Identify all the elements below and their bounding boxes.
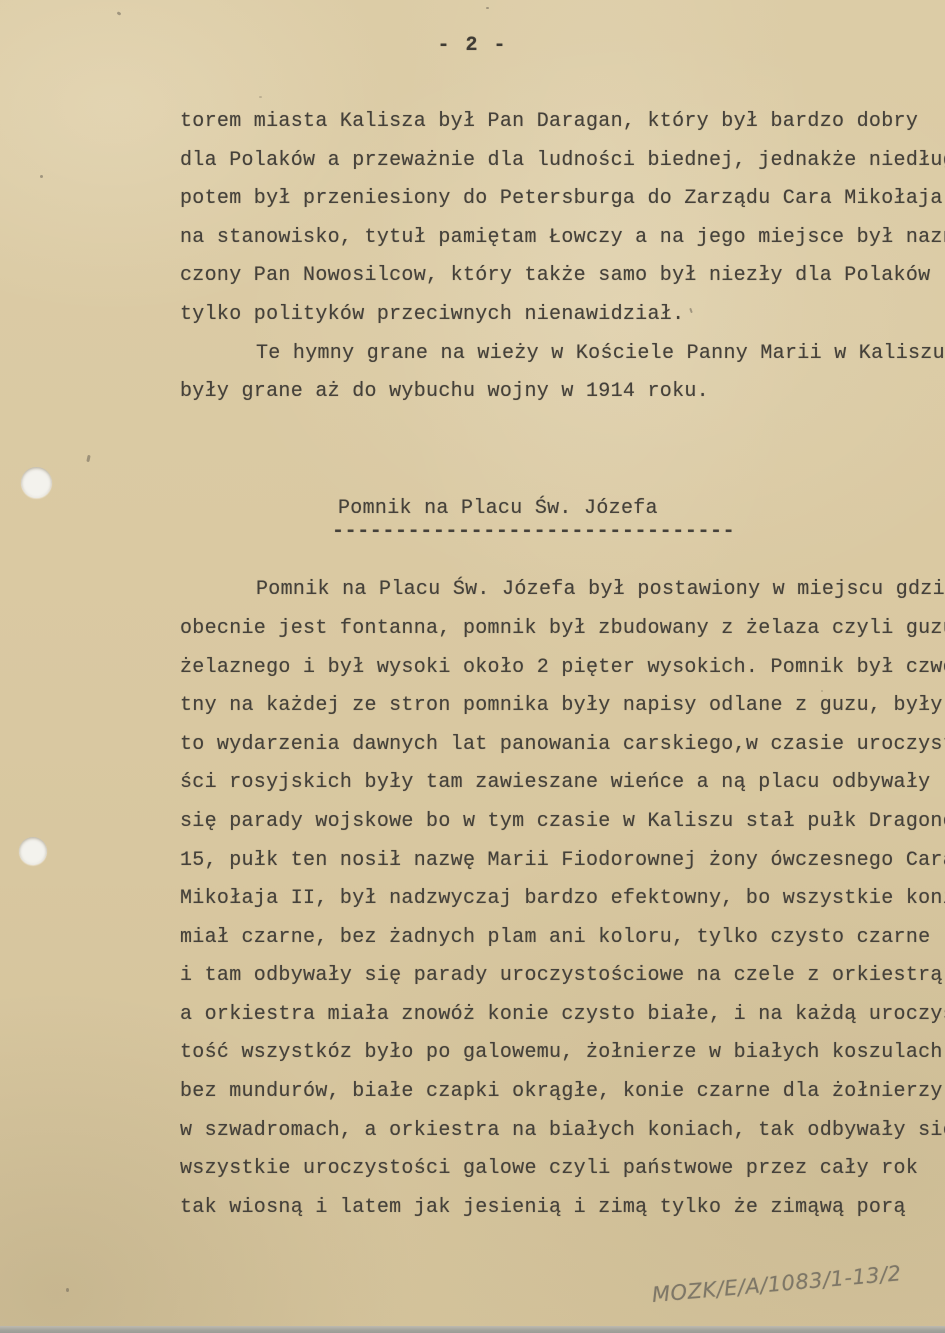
pencil-mark xyxy=(86,455,90,462)
heading-underline: -------------------------------- xyxy=(332,522,945,542)
text-line: Pomnik na Placu Św. Józefa był postawion… xyxy=(180,571,945,610)
text-line: na stanowisko, tytuł pamiętam Łowczy a n… xyxy=(180,219,945,258)
text-line: w szwadromach, a orkiestra na białych ko… xyxy=(180,1112,945,1151)
text-line: miał czarne, bez żadnych plam ani koloru… xyxy=(180,919,945,958)
text-line: ści rosyjskich były tam zawieszane wieńc… xyxy=(180,764,945,803)
text-line: torem miasta Kalisza był Pan Daragan, kt… xyxy=(180,103,945,142)
text-line: dla Polaków a przeważnie dla ludności bi… xyxy=(180,142,945,181)
text-line: i tam odbywały się parady uroczystościow… xyxy=(180,957,945,996)
paper-speck xyxy=(40,175,43,178)
text-line: obecnie jest fontanna, pomnik był zbudow… xyxy=(180,610,945,649)
paragraph: Pomnik na Placu Św. Józefa był postawion… xyxy=(180,571,945,1227)
text-line: to wydarzenia dawnych lat panowania cars… xyxy=(180,726,945,765)
scanned-document-page: - 2 - torem miasta Kalisza był Pan Darag… xyxy=(0,0,945,1333)
page-number: - 2 - xyxy=(0,34,945,57)
text-line: tość wszystkóz było po galowemu, żołnier… xyxy=(180,1034,945,1073)
text-line: tny na każdej ze stron pomnika były napi… xyxy=(180,687,945,726)
text-line: żelaznego i był wysoki około 2 pięter wy… xyxy=(180,649,945,688)
paragraph: Te hymny grane na wieży w Kościele Panny… xyxy=(180,335,945,412)
text-line: tak wiosną i latem jak jesienią i zimą t… xyxy=(180,1189,945,1228)
paper-speck xyxy=(66,1288,69,1292)
paper-speck xyxy=(117,11,122,16)
text-line: tylko polityków przeciwnych nienawidział… xyxy=(180,296,945,335)
text-line: potem był przeniesiony do Petersburga do… xyxy=(180,180,945,219)
text-line: były grane aż do wybuchu wojny w 1914 ro… xyxy=(180,373,945,412)
text-line: Mikołaja II, był nadzwyczaj bardzo efekt… xyxy=(180,880,945,919)
hole-punch-bottom xyxy=(19,837,47,865)
hole-punch-top xyxy=(21,467,52,498)
paper-speck xyxy=(486,7,489,9)
typed-text-body: torem miasta Kalisza był Pan Daragan, kt… xyxy=(180,103,945,1263)
section-heading: Pomnik na Placu Św. Józefa--------------… xyxy=(180,490,945,543)
text-line: się parady wojskowe bo w tym czasie w Ka… xyxy=(180,803,945,842)
paper-speck xyxy=(821,690,823,692)
paragraph: torem miasta Kalisza był Pan Daragan, kt… xyxy=(180,103,945,335)
paper-speck xyxy=(259,96,262,98)
text-line: a orkiestra miała znowóż konie czysto bi… xyxy=(180,996,945,1035)
scan-bottom-edge xyxy=(0,1326,945,1333)
text-line: czony Pan Nowosilcow, który także samo b… xyxy=(180,257,945,296)
archival-reference-handwritten: MOZK/E/A/1083/1-13/2 xyxy=(651,1259,932,1307)
text-line: bez mundurów, białe czapki okrągłe, koni… xyxy=(180,1073,945,1112)
text-line: 15, pułk ten nosił nazwę Marii Fiodorown… xyxy=(180,842,945,881)
text-line: Te hymny grane na wieży w Kościele Panny… xyxy=(180,335,945,374)
text-line: wszystkie uroczystości galowe czyli pańs… xyxy=(180,1150,945,1189)
